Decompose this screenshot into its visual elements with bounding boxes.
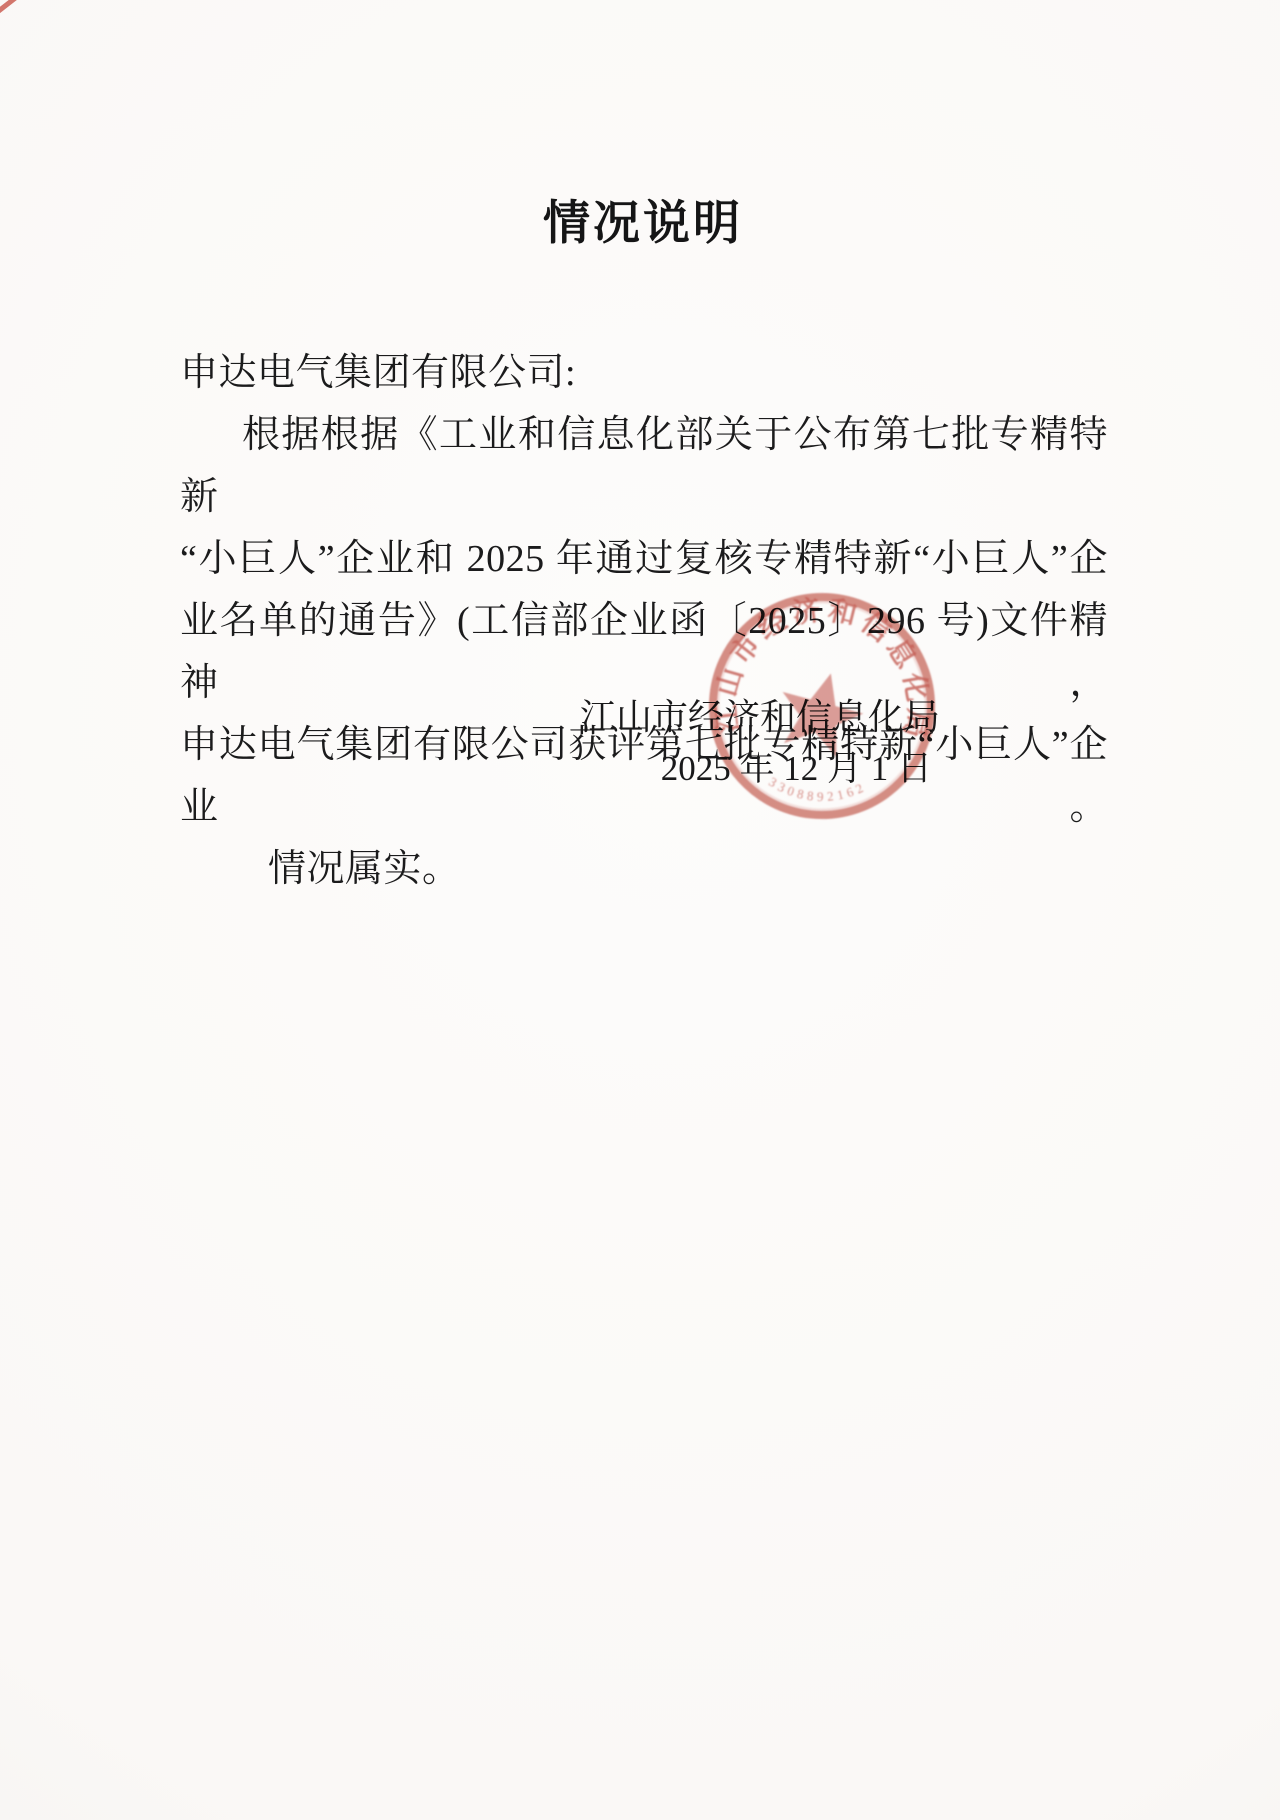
addressee-line: 申达电气集团有限公司: bbox=[180, 342, 1108, 404]
document-page: 情况说明 申达电气集团有限公司: 根据根据《工业和信息化部关于公布第七批专精特新… bbox=[0, 0, 1280, 1820]
document-body: 申达电气集团有限公司: 根据根据《工业和信息化部关于公布第七批专精特新 “小巨人… bbox=[180, 342, 1108, 900]
body-line-2: “小巨人”企业和 2025 年通过复核专精特新“小巨人”企 bbox=[180, 528, 1108, 590]
document-title: 情况说明 bbox=[178, 186, 1108, 253]
official-seal-stamp: 江山市经济和信息化局 3308892162 bbox=[700, 584, 944, 828]
scan-artifact-mark bbox=[0, 0, 19, 14]
body-line-1: 根据根据《工业和信息化部关于公布第七批专精特新 bbox=[180, 404, 1108, 528]
body-line-5: 情况属实。 bbox=[180, 838, 1108, 900]
stamp-star bbox=[770, 663, 871, 762]
